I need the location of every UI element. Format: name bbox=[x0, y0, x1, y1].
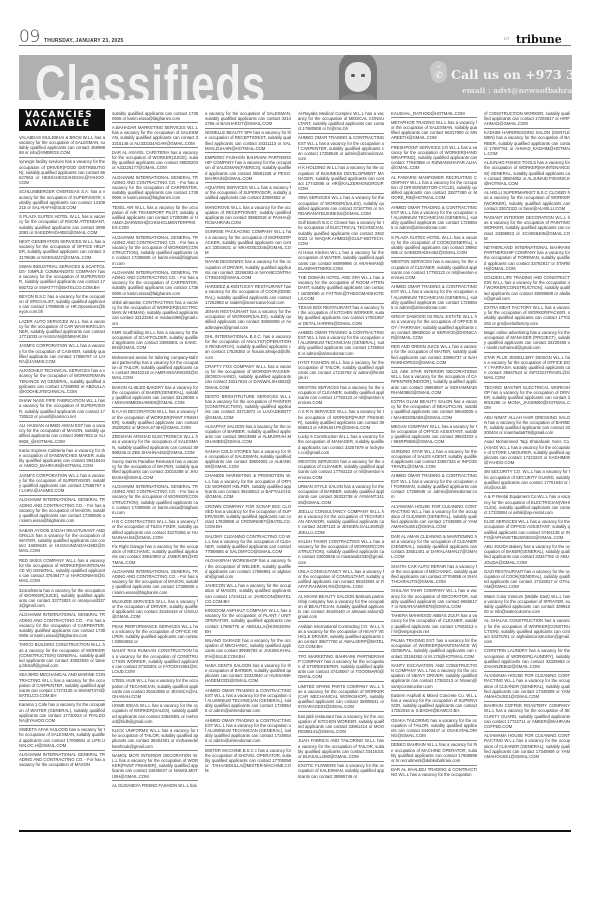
classified-ad: Eastern Asphalt & Mixed Concrete Co. W.L… bbox=[391, 690, 477, 715]
classified-ad: Karac Express Cafeteria has a vacancy fo… bbox=[19, 445, 105, 470]
classified-ad: ALYAMAMA HOUSE FOR CLEANING CONTRACTING … bbox=[391, 501, 477, 531]
classified-ad: HYNT FASHION W.L.L has a vacancy for the… bbox=[298, 357, 384, 382]
classified-ad: PEAK PERFORMANCE SERVICES W.L.L has a va… bbox=[112, 621, 198, 646]
classified-ad: Arabian International Contracting CO. W.… bbox=[298, 621, 384, 651]
classified-ad: WESTON SERVICES has a vacancy for the oc… bbox=[298, 457, 384, 482]
classified-ad: PALMA TRADING EST. has a vacancy for the… bbox=[391, 635, 477, 660]
classified-ad: STEEL HUB W.L.L has a vacancy for the oc… bbox=[112, 676, 198, 701]
classified-ad: EXOTIC FLOWERS has a vacancy for the occ… bbox=[298, 761, 384, 781]
column-1: VACANCIES AVAILABLE VALABDAS MULJIBHAI &… bbox=[19, 109, 105, 829]
classified-ad: TEXEL AIR W.L.L has a vacancy for the oc… bbox=[112, 202, 198, 232]
header-rule bbox=[19, 45, 571, 46]
classified-ad: Water Color Interiors (Middle East) W.L.… bbox=[484, 591, 570, 616]
classified-ad: KAUSHAL_RATHOD@HOTMAIL.COM bbox=[391, 109, 477, 117]
call-icon: ✆ bbox=[431, 67, 447, 83]
classified-ad: AHMED OMAR TRADING & CONTRACTING EST W.L… bbox=[298, 327, 384, 357]
classified-ad: JASMI'S CORPORATION W.L.L has a vacancy … bbox=[19, 470, 105, 495]
classified-ad: of CONSTRUCTION WORKER, suitably qualifi… bbox=[484, 109, 570, 128]
classified-ad: KLSE SERVICES W.L.L has a vacancy for th… bbox=[484, 517, 570, 542]
classified-ad: GAZI RESTAURANT has a vacancy for the oc… bbox=[484, 566, 570, 591]
classified-ad: SANTY EXCAVATION AND CONSTRUCTION COMPAN… bbox=[391, 660, 477, 690]
classified-ad: URBAN STYLE SALON has a vacancy for the … bbox=[298, 481, 384, 506]
classified-ad: Magic online advertising has a vacancy f… bbox=[484, 327, 570, 352]
classified-ad: ABU NIMAT ALLAH HAIR DRESSING SALON has … bbox=[484, 412, 570, 437]
classified-ad: B A A M DECORATION W.L.L has a vacancy f… bbox=[112, 407, 198, 432]
classified-ad: JEELLU CONSULTANCY COMPANY W.L.L has a v… bbox=[298, 506, 384, 536]
section-title: VACANCIES AVAILABLE bbox=[19, 109, 105, 131]
classified-ad: BAKON AL-BLED BAKERY has a vacancy for t… bbox=[112, 382, 198, 407]
classified-ad: EXTRA GLAM BEAUTY SALON has a vacancy fo… bbox=[391, 397, 477, 422]
classified-ad: DAR AL KHALEEJ TRADING & CONTRACTING W.L… bbox=[391, 765, 477, 779]
classified-ad: HARDEEZ & KENTUCKY RESTAURANT has a vaca… bbox=[205, 282, 291, 307]
classified-ad: HOME IDEAS W.L.L has a vacancy for the o… bbox=[112, 701, 198, 726]
classified-ad: Fix Right Garage has a vacancy for the o… bbox=[112, 541, 198, 566]
classified-ad: SINA SERVICES W.L.L has a vacancy for th… bbox=[298, 193, 384, 218]
classified-ad: TEXAS BOX RESTAURANT has a vacancy for t… bbox=[298, 303, 384, 328]
classified-ad: UNLA CONSULTANCY W.L.L has a vacancy for… bbox=[298, 566, 384, 591]
classified-ad: DEBKO BAHRAIN W.L.L has a vacancy for th… bbox=[391, 740, 477, 765]
classified-ad: CHANDNI MARKETING & PROMOTION W.L.L has … bbox=[205, 471, 291, 501]
classified-ad: ALKOOHEJI TECHNICAL SERVICES has a vacan… bbox=[19, 366, 105, 396]
contact-phone: Call us on +973 36458394 bbox=[451, 67, 572, 82]
page-number: 09 bbox=[19, 27, 40, 47]
classified-ad: JASMI'S CORPORATION W.L.L has a vacancy … bbox=[19, 341, 105, 366]
classified-ad: AL GUDAIBIYA FRIEND FASHION W.L.L has bbox=[112, 780, 198, 789]
classified-ad: KADHIM HAIRDRESSING SALON (GENTLEMEN) ha… bbox=[484, 128, 570, 158]
classified-ad: LIMITED SPARE PARTS COMPANY W.L.L has a … bbox=[298, 681, 384, 711]
classified-ad: SABAR AYOOB ZADAH REASTURANT AND GRILLS … bbox=[19, 525, 105, 555]
classified-ad: Al-Rayaba Medical Complex W.L.L has a va… bbox=[298, 109, 384, 133]
classified-ad: CROWN COMPANY FOR SCRAP BSC CLOSED has a… bbox=[205, 501, 291, 531]
classified-ad: TARCO BUILDING CONSTRUCTION W.L.L has a … bbox=[19, 640, 105, 670]
agent-illustration bbox=[329, 55, 387, 100]
classified-ad: ALGHANIM INTERNATIONAL GENERAL TRADING A… bbox=[112, 172, 198, 202]
classified-ad: Gulf Biotech B.S.C Closed has a vacancy … bbox=[298, 218, 384, 248]
column-5: KAUSHAL_RATHOD@HOTMAIL.COMMETAPHOR TRADI… bbox=[391, 109, 477, 829]
issue-date: THURSDAY, JANUARY 23, 2025 bbox=[44, 38, 124, 44]
banner-title: Classifieds bbox=[35, 55, 266, 100]
contact-email: email : advt@newsofbahrain.com bbox=[462, 86, 572, 95]
classified-ad: ALGHASRAH WORKSHOP has a vacancy for the… bbox=[205, 556, 291, 581]
classified-ad: Al Hana Kitchen W.L.L has a vacancy for … bbox=[298, 248, 384, 273]
classified-ad: suitably qualified applicants can contac… bbox=[112, 109, 198, 122]
classified-ad: AHMED OMAR TRADING & CONTRACTING EST W.L… bbox=[205, 685, 291, 715]
classified-ad: NAYAB DESIGNING has a vacancy for the oc… bbox=[205, 257, 291, 282]
classified-ad: BAHRAIN COFFEE ROASTERY COMPANY W.L.L ha… bbox=[484, 701, 570, 731]
classified-ad: ABU JOUDA Bakery has a vacancy for the o… bbox=[484, 541, 570, 566]
classified-ad: NOMELLE BEAUTY SPA has a vacancy for the… bbox=[205, 128, 291, 153]
classified-ad: ALGHANIM INTERNATIONAL GENERAL TRADING A… bbox=[19, 750, 105, 770]
classified-ad: NEXT GENERATION SERVICES W.L.L has a vac… bbox=[19, 236, 105, 261]
classified-ad: VALABDAS MULJIBHAI & BROS W.L.L has a va… bbox=[19, 133, 105, 157]
classified-ad: RED SKIES COMPANY W.L.L has a vacancy fo… bbox=[19, 555, 105, 585]
classified-ad: EXTRA MEAT FACTORY W.L.L has a vacancy f… bbox=[484, 303, 570, 328]
classified-ad: MANGROVE W.L.L has a vacancy for the occ… bbox=[205, 202, 291, 227]
classified-ad: S PLAZA SUITES HOTEL W.L.L has a vacancy… bbox=[391, 232, 477, 257]
classified-ad: RADIANT INTERIOR DECORATION W.L.L has a … bbox=[484, 212, 570, 242]
classified-ad: STAR PLUS JEWELLERY DESIGN W.L.L has a v… bbox=[484, 352, 570, 382]
classified-ad: SEA BIRD MECHANICAL AND MARINE CONTRACTI… bbox=[19, 670, 105, 700]
classified-ad: TAHERA MAHMOOD ABBAS ZULFI has a vacancy… bbox=[391, 611, 477, 636]
classified-ad: NAMOL MOTI INTERIOR DECORATION W.L.L has… bbox=[112, 750, 198, 780]
classified-columns: VACANCIES AVAILABLE VALABDAS MULJIBHAI &… bbox=[19, 109, 572, 839]
classified-ad: ALYAMAMA HOUSE FOR CLEANING CONTRACTING … bbox=[484, 671, 570, 701]
classified-ad: KMR Scaffolding W.L.L has a vacancy for … bbox=[112, 327, 198, 352]
classified-ad: 4M SECURITY CO. W.L.L has a vacancy for … bbox=[484, 467, 570, 492]
classified-ad: H K HOLDING W.L.L has a vacancy for the … bbox=[298, 163, 384, 193]
classified-ad: AHMED OMAR TRADING & CONTRACTING EST W.L… bbox=[298, 133, 384, 163]
classified-ad: OSAKA TAILORING has a vacancy for the oc… bbox=[391, 715, 477, 740]
classified-ad: SCHLUMBERGER OVERSEAS S.A. has a vacancy… bbox=[19, 187, 105, 212]
classified-ad: SHAW NASS PIPE FABRICATION W.L.L has a v… bbox=[19, 396, 105, 421]
classified-ad: KLICK UNIFORMS W.L.L has a vacancy for t… bbox=[112, 726, 198, 751]
classified-ad: TFG MARKETING BAHRAINI PARTNERSHIP COMPA… bbox=[298, 651, 384, 681]
classifieds-banner: Classifieds ✉ ▶ ▯ ✆ Call us on +973 3645… bbox=[19, 55, 572, 100]
classified-ad: GOLDEN LIFE TRADING AND CONSTRUCTION W.L… bbox=[484, 272, 570, 302]
classified-ad: Asad Mohammed Taqi Sharafoale Sons Co. (… bbox=[484, 437, 570, 467]
classified-ad: AHMED OMAR TRADING & CONTRACTING EST W.L… bbox=[391, 471, 477, 501]
classified-ad: AQUATEN SERVICES W.L.L has a vacancy for… bbox=[205, 182, 291, 202]
classified-ad: SWEETS AFAK KULOOD has a vacancy for the… bbox=[19, 725, 105, 750]
classified-ad: SURDING STAR W.L.L has a vacancy for the… bbox=[391, 446, 477, 471]
classified-ad: KINGDOM ASPHALT COMPANY W.L.L has a vaca… bbox=[205, 605, 291, 635]
classified-ad: A S R N SERVICES W.L.L has a vacancy for… bbox=[298, 407, 384, 432]
classified-ad: FRESHPOINT SERVICES CO W.L.L has a vacan… bbox=[391, 142, 477, 172]
classified-ad: Sunny Saints Paradise Resturant has a va… bbox=[112, 457, 198, 482]
classified-ad: JAHECON W.L.L has a vacancy for the occu… bbox=[205, 581, 291, 606]
classified-ad: AL GHALAS CONSTRUCTION has a vacancy for… bbox=[484, 616, 570, 646]
column-3: a vacancy for the occupation of SALESMAN… bbox=[205, 109, 291, 829]
classified-ad: ALSAFFAT SALOON has a vacancy for the oc… bbox=[205, 421, 291, 446]
classified-ad: CRAFTY FOX COMPANY W.L.L has a vacancy f… bbox=[205, 361, 291, 391]
classified-ad: Karama 1 Cafe has a vacancy for the occu… bbox=[19, 700, 105, 725]
footer-rule bbox=[19, 830, 571, 832]
classified-ad: DESTO BRIGHTFUTURE SERVICES W.L.L has a … bbox=[205, 391, 291, 421]
classified-ad: METAPHOR TRADING W.L.L has a vacancy for… bbox=[391, 117, 477, 142]
classified-ad: GREAT DAWOOD 03 REAL ESTATE W.L.L has a … bbox=[391, 312, 477, 342]
classified-ad: BEYON B.S.C has a vacancy for the occupa… bbox=[19, 291, 105, 316]
section-title-line2: AVAILABLE bbox=[25, 120, 101, 129]
classified-ad: MUJAZEB SERVICES W.L.L has a vacancy for… bbox=[112, 596, 198, 621]
classified-ad: H B C CONTRACTING W.L.L has a vacancy fo… bbox=[112, 517, 198, 542]
classified-ad: JENAN RESTAURANT has a vacancy for the o… bbox=[205, 307, 291, 332]
classified-ad: 324cafeteria has a vacancy for the occup… bbox=[19, 585, 105, 610]
classified-ad: DAR AL AMAN CLEANING & MAINTENING has a … bbox=[391, 531, 477, 561]
classified-ad: Lucky 5 Construction W.L.L has a vacancy… bbox=[298, 432, 384, 457]
classified-ad: ALI HASSAN AHMED AMAN EST has a vacancy … bbox=[19, 421, 105, 446]
classified-ad: ALJUNAID FISHES TOOLS has a vacancy for … bbox=[484, 158, 570, 188]
classified-ad: AL FAWARIS MANPOWER RECRUITING COMPANY W… bbox=[391, 172, 477, 202]
column-6: of CONSTRUCTION WORKER, suitably qualifi… bbox=[484, 109, 570, 829]
classified-ad: AL MAANI BEAUTY SALOON Bahraini partners… bbox=[298, 591, 384, 621]
column-2: suitably qualified applicants can contac… bbox=[112, 109, 198, 829]
classified-ad: TECHNO MASTER ELECTRICAL WORKSHOP has a … bbox=[484, 382, 570, 412]
classified-ad: SALEH TAHER CONTRACTING W.L.L has a vaca… bbox=[298, 536, 384, 566]
brand-prefix: DT bbox=[504, 37, 509, 41]
classified-ad: ALGHANIM INTERNATIONAL GENERAL TRADING A… bbox=[112, 566, 198, 596]
classified-ad: SWAN INDUSTRIAL SERVICES & SCAFFOLDS- SI… bbox=[19, 261, 105, 291]
classified-ad: bait jiddi restaurant has a vacancy for … bbox=[298, 711, 384, 736]
classified-ad: MEGAN COMPANY W.L.L has a vacancy for th… bbox=[391, 421, 477, 446]
classified-ad: ALYAMAMA HOUSE FOR CLEANING CONTRACTING … bbox=[484, 731, 570, 761]
classified-ad: ALGHANIM INTERNATIONAL GENERAL TRADING A… bbox=[112, 267, 198, 297]
classified-ad: shibli almaedan CONTRACTING has a vacanc… bbox=[112, 297, 198, 327]
classified-ad: DHL INTERNATIONAL B.S.C. has a vacancy f… bbox=[205, 331, 291, 361]
classified-ad: AL HELLI SUPERMARKET B.S.C CLOSED has a … bbox=[484, 188, 570, 213]
classified-ad: LAZER AUTO SERVICES W.L.L has a vacancy … bbox=[19, 316, 105, 341]
classified-ad: synergic facility services has a vacancy… bbox=[19, 157, 105, 187]
classified-ad: SALOMY CLEANING CONTRACTING CO W.L.L has… bbox=[205, 531, 291, 556]
classified-ad: NABA GENTS SALOON has a vacancy for the … bbox=[205, 660, 291, 685]
classified-ad: ALGHANIM INTERNATIONAL GENERAL TRADING A… bbox=[19, 610, 105, 640]
classified-ad: SANAH COLD STORES has a vacancy for the … bbox=[205, 446, 291, 471]
classified-ad: A & P Rental Equipment Co.W.L.L has a va… bbox=[484, 492, 570, 517]
classified-ad: AHMED OMAR TRADING & CONTRACTING EST W.L… bbox=[205, 715, 291, 745]
classified-ad: a vacancy for the occupation of SALESMAN… bbox=[205, 109, 291, 128]
classified-ad: MILANO GARAGE has a vacancy for the occu… bbox=[205, 635, 291, 660]
classified-ad: JUAH FABRICS AND TAILORING W.L.L has a v… bbox=[298, 736, 384, 761]
classified-ad: ALGHANIM INTERNATIONAL GENERAL TRADING A… bbox=[112, 481, 198, 516]
classified-ad: WESTON SERVICES has a vacancy for the oc… bbox=[298, 382, 384, 407]
classified-ad: S PLAZA SUITES HOTEL W.L.L has a vacancy… bbox=[19, 212, 105, 237]
classified-ad: NAHAT RAS RUMAAN CONSTRUCTION has a vaca… bbox=[112, 646, 198, 676]
classified-ad: AHMED OMAR TRADING & CONTRACTING EST W.L… bbox=[391, 202, 477, 232]
classified-ad: SUNRISE PACKAGING COMPANY W.L.L has a va… bbox=[205, 227, 291, 257]
classified-ad: THE DOMAIN HOTEL AND SPA W.L.L has a vac… bbox=[298, 272, 384, 302]
classified-ad: RED AND GREEN JUICE W.L.L has a vacancy … bbox=[391, 342, 477, 367]
classified-ad: 121 ABK STAR INTERIOR DECORATIONS W.L.L … bbox=[391, 367, 477, 397]
classified-ad: WESTON SERVICES has a vacancy for the oc… bbox=[391, 257, 477, 282]
classified-ad: NETHERLAND INTERNATIONAL BAHRAINI PARTNE… bbox=[484, 242, 570, 272]
classified-ad: SHAITH CAR AUTO REPAIR has a vacancy for… bbox=[391, 561, 477, 586]
classified-ad: MISTER MACHINE B.S.C c has a vacancy for… bbox=[205, 745, 291, 775]
classified-ad: SHULAM TAHIR COMPANY W.L.L has a vacancy… bbox=[391, 586, 477, 611]
classified-ad: ZEESHAN ARSHAD ELECTRONICS W.L.L has a v… bbox=[112, 432, 198, 457]
classified-ad: DAR AL ASAYEL CAFETERIA has a vacancy fo… bbox=[112, 147, 198, 172]
classified-ad: EMPERIO FASHION BAHRAINI PARTNERSHIP COM… bbox=[205, 152, 291, 182]
classified-ad: ALGHANIM INTERNATIONAL GENERAL TRADING A… bbox=[19, 495, 105, 525]
classified-ad: A.BAHADAR MARKETING SERVICES W.L.L has a… bbox=[112, 122, 198, 147]
column-4: Al-Rayaba Medical Complex W.L.L has a va… bbox=[298, 109, 384, 829]
classified-ad: Mohammed ansari for tailoring company-Ba… bbox=[112, 352, 198, 382]
classified-ad: ALGHANIM INTERNATIONAL GENERAL TRADING A… bbox=[112, 232, 198, 267]
classified-ad: AHMED OMAR TRADING & CONTRACTING EST W.L… bbox=[391, 282, 477, 312]
classified-ad: CORSTRIN LAUNDRY has a vacancy for the o… bbox=[484, 646, 570, 671]
